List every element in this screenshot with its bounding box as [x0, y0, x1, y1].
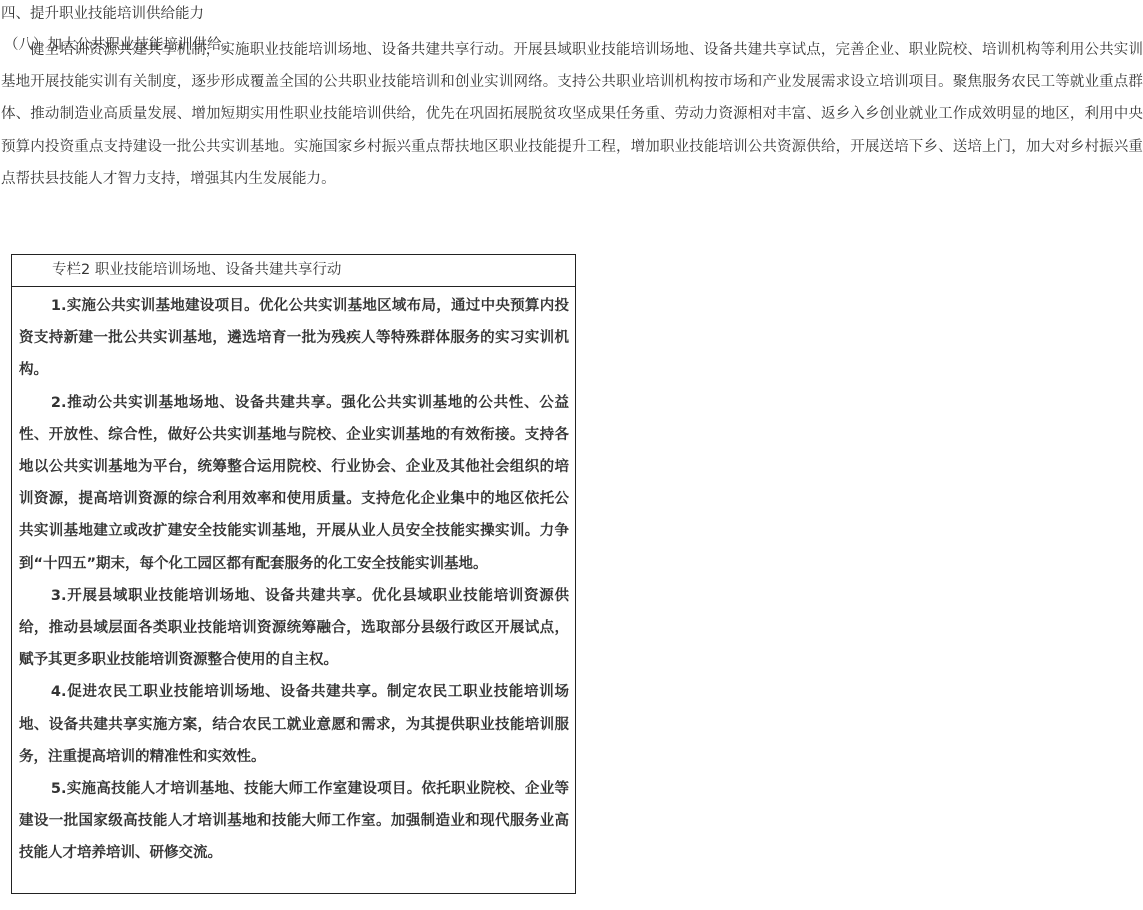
box-body: 1.实施公共实训基地建设项目。优化公共实训基地区域布局，通过中央预算内投资支持新…: [12, 287, 575, 870]
box-item: 4.促进农民工职业技能培训场地、设备共建共享。制定农民工职业技能培训场地、设备共…: [19, 676, 569, 773]
box-item: 2.推动公共实训基地场地、设备共建共享。强化公共实训基地的公共性、公益性、开放性…: [19, 387, 569, 580]
box-item: 3.开展县域职业技能培训场地、设备共建共享。优化县域职业技能培训资源供给，推动县…: [19, 580, 569, 677]
section-heading: 四、提升职业技能培训供给能力: [1, 0, 204, 28]
box-item: 5.实施高技能人才培训基地、技能大师工作室建设项目。依托职业院校、企业等建设一批…: [19, 773, 569, 870]
body-paragraph: 健全培训资源共建共享机制，实施职业技能培训场地、设备共建共享行动。开展县域职业技…: [1, 34, 1143, 195]
box-title: 专栏2 职业技能培训场地、设备共建共享行动: [12, 255, 575, 287]
sidebar-box: 专栏2 职业技能培训场地、设备共建共享行动 1.实施公共实训基地建设项目。优化公…: [11, 254, 576, 894]
box-item: 1.实施公共实训基地建设项目。优化公共实训基地区域布局，通过中央预算内投资支持新…: [19, 290, 569, 387]
